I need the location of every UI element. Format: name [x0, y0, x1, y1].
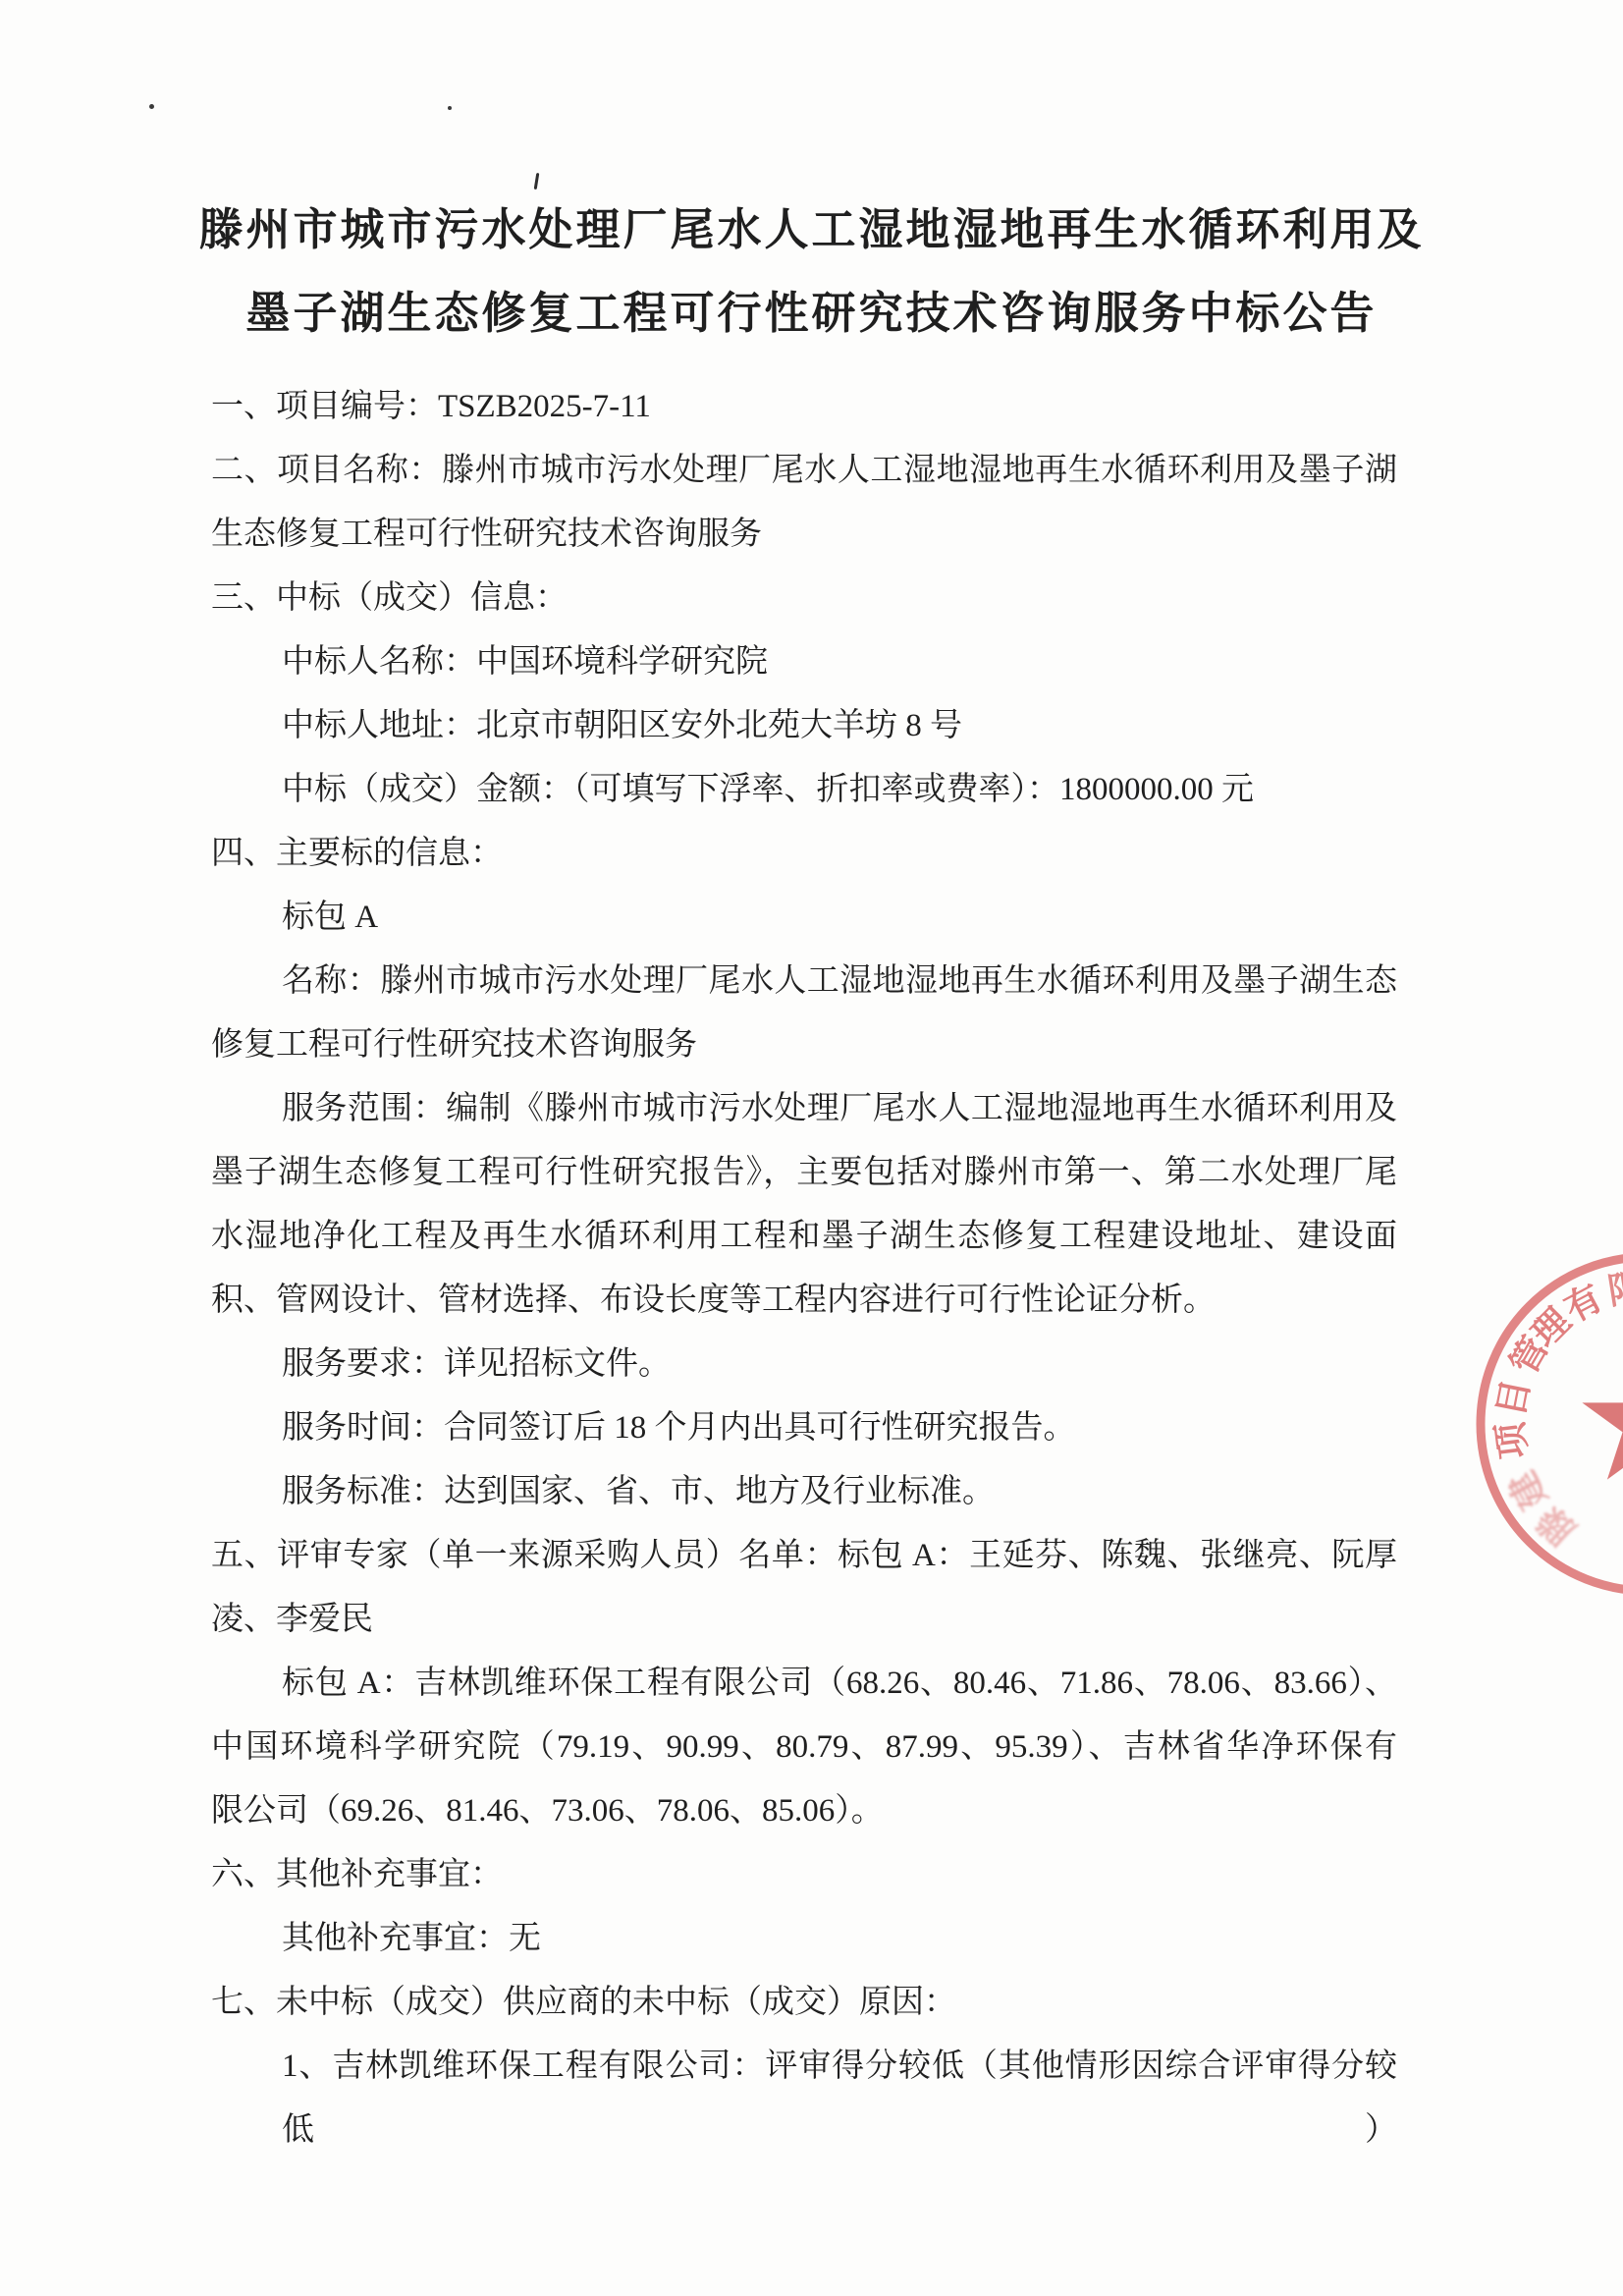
- line-scores-cont-2: 限公司（69.26、81.46、73.06、78.06、85.06）。: [211, 1779, 1397, 1843]
- line-award-amount: 中标（成交）金额：（可填写下浮率、折扣率或费率）：1800000.00 元: [211, 758, 1397, 822]
- page-title-line-1: 滕州市城市污水处理厂尾水人工湿地湿地再生水循环利用及: [0, 208, 1623, 252]
- line-winner-address: 中标人地址：北京市朝阳区安外北苑大羊坊 8 号: [211, 694, 1397, 758]
- line-project-name-cont: 生态修复工程可行性研究技术咨询服务: [211, 503, 1397, 567]
- line-other-matters: 其他补充事宜：无: [211, 1907, 1397, 1971]
- seal-arc-char: 建: [1502, 1464, 1556, 1516]
- line-project-name: 二、项目名称：滕州市城市污水处理厂尾水人工湿地湿地再生水循环利用及墨子湖: [211, 439, 1397, 503]
- line-package-name-cont: 修复工程可行性研究技术咨询服务: [211, 1013, 1397, 1077]
- line-service-time: 服务时间：合同签订后 18 个月内出具可行性研究报告。: [211, 1396, 1397, 1460]
- scan-speck: [448, 106, 452, 110]
- seal-arc-char: 项: [1489, 1419, 1535, 1461]
- scan-speck: [149, 104, 154, 109]
- announcement-body: 一、项目编号：TSZB2025-7-11 二、项目名称：滕州市城市污水处理厂尾水…: [211, 375, 1397, 2099]
- seal-star-icon: [1582, 1355, 1623, 1480]
- line-losing-reason-heading: 七、未中标（成交）供应商的未中标（成交）原因：: [211, 1971, 1397, 2035]
- line-experts: 五、评审专家（单一来源采购人员）名单：标包 A：王延芬、陈魏、张继亮、阮厚: [211, 1524, 1397, 1588]
- line-service-scope-cont-3: 积、管网设计、管材选择、布设长度等工程内容进行可行性论证分析。: [211, 1269, 1397, 1333]
- line-experts-cont: 凌、李爱民: [211, 1588, 1397, 1652]
- seal-arc-char: 限: [1605, 1267, 1623, 1313]
- line-scores-package-a: 标包 A：吉林凯维环保工程有限公司（68.26、80.46、71.86、78.0…: [211, 1652, 1397, 1716]
- line-winner-name: 中标人名称：中国环境科学研究院: [211, 630, 1397, 694]
- line-service-standard: 服务标准：达到国家、省、市、地方及行业标准。: [211, 1460, 1397, 1524]
- line-subject-info-heading: 四、主要标的信息：: [211, 822, 1397, 886]
- seal-arc-char: 目: [1491, 1377, 1538, 1420]
- line-service-scope-cont-1: 墨子湖生态修复工程可行性研究报告》，主要包括对滕州市第一、第二水处理厂尾: [211, 1141, 1397, 1205]
- scan-stray-mark: [534, 173, 540, 190]
- line-scores-cont-1: 中国环境科学研究院（79.19、90.99、80.79、87.99、95.39）…: [211, 1716, 1397, 1779]
- line-service-scope-cont-2: 水湿地净化工程及再生水循环利用工程和墨子湖生态修复工程建设地址、建设面: [211, 1205, 1397, 1269]
- line-package-a: 标包 A: [211, 886, 1397, 950]
- scanned-announcement-page: 滕州市城市污水处理厂尾水人工湿地湿地再生水循环利用及 墨子湖生态修复工程可行性研…: [0, 0, 1623, 2296]
- line-losing-reason-1: 1、吉林凯维环保工程有限公司：评审得分较低（其他情形因综合评审得分较低）: [211, 2035, 1397, 2099]
- line-package-name: 名称：滕州市城市污水处理厂尾水人工湿地湿地再生水循环利用及墨子湖生态: [211, 950, 1397, 1013]
- line-service-scope: 服务范围：编制《滕州市城市污水处理厂尾水人工湿地湿地再生水循环利用及: [211, 1077, 1397, 1141]
- line-other-matters-heading: 六、其他补充事宜：: [211, 1843, 1397, 1907]
- line-service-requirement: 服务要求：详见招标文件。: [211, 1333, 1397, 1396]
- line-award-info-heading: 三、中标（成交）信息：: [211, 567, 1397, 630]
- line-project-number: 一、项目编号：TSZB2025-7-11: [211, 375, 1397, 439]
- page-title-line-2: 墨子湖生态修复工程可行性研究技术咨询服务中标公告: [0, 292, 1623, 336]
- official-seal-stamp: 滕 建 项 目 管 理 有 限: [1451, 1214, 1623, 1646]
